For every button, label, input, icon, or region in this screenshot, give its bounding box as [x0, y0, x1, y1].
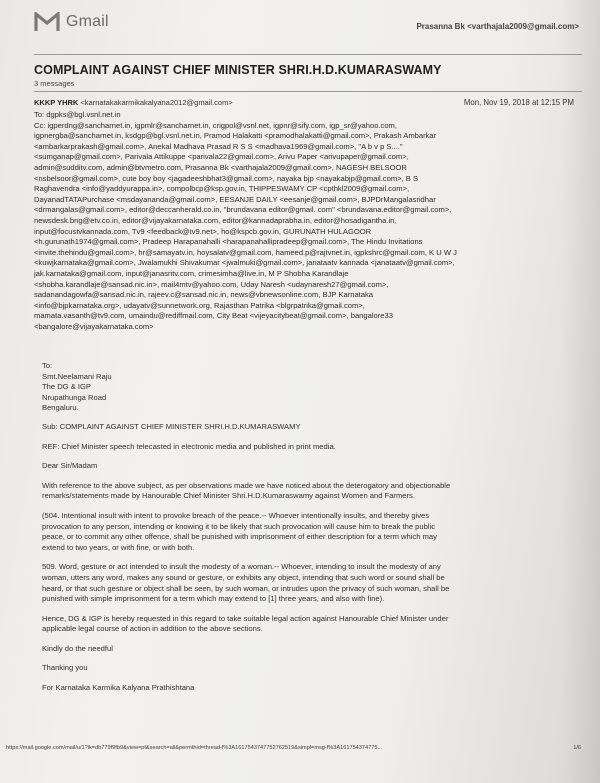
request-paragraph: Hence, DG & IGP is hereby requested in t… [42, 614, 562, 635]
cc-line: sadanandagowfa@sansad.nic.in, rajeev.c@s… [34, 290, 582, 301]
letter-subject: Sub: COMPLAINT AGAINST CHIEF MINISTER SH… [42, 422, 562, 433]
address-line: Bengaluru. [42, 403, 562, 414]
message-body: To:Smt.Neelamani RajuThe DG & IGPNrupath… [42, 361, 562, 694]
cc-line: mamata.vasanth@tv9.com, umaindu@rediffma… [34, 311, 582, 322]
section-504-line: (504. Intentional insult with intent to … [42, 511, 562, 522]
intro-paragraph: With reference to the above subject, as … [42, 481, 562, 502]
letter-reference: REF: Chief Minister speech telecasted in… [42, 442, 562, 453]
cc-line: Raghavendra <info@yaddyurappa.in>, compo… [34, 184, 582, 195]
salutation: Dear Sir/Madam [42, 461, 562, 472]
address-line: To: [42, 361, 562, 372]
closing-request: Kindly do the needful [42, 644, 562, 655]
cc-line: admin@sudditv.com, admin@btvmetro.com, P… [34, 163, 582, 174]
subject-divider [34, 91, 582, 92]
message-count: 3 messages [34, 79, 74, 88]
recipients-block: To: dgpks@bgl.vsnl.net.in Cc: igperdng@s… [34, 110, 582, 332]
printed-email-page: Gmail Prasanna Bk <varthajala2009@gmail.… [0, 0, 600, 783]
cc-line: Cc: igperdng@sancharnet.in, igpmlr@sanch… [34, 121, 582, 132]
signature-text: For Karnataka Karmika Kalyana Prathishta… [42, 683, 562, 694]
message-date: Mon, Nov 19, 2018 at 12:15 PM [464, 98, 574, 107]
cc-line: <bangalore@vijayakarnataka.com> [34, 322, 582, 333]
section-509-line: punished with simple imprisonment for a … [42, 594, 562, 605]
cc-list: Cc: igperdng@sancharnet.in, igpmlr@sanch… [34, 121, 582, 333]
cc-line: <ambarkarprakash@gmail.com>, Anekal Madh… [34, 142, 582, 153]
sender-name: KKKP YHRK [34, 98, 78, 107]
cc-line: <drmangalas@gmail.com>, editor@deccanher… [34, 205, 582, 216]
section-509-line: 509. Word, gesture or act intended to in… [42, 562, 562, 573]
thread-subject: COMPLAINT AGAINST CHIEF MINISTER SHRI.H.… [34, 63, 442, 77]
cc-line: <h.gurunath1974@gmail.com>, Pradeep Hara… [34, 237, 582, 248]
address-line: Smt.Neelamani Raju [42, 372, 562, 383]
request-line: Hence, DG & IGP is hereby requested in t… [42, 614, 562, 625]
section-504-paragraph: (504. Intentional insult with intent to … [42, 511, 562, 553]
salutation-text: Dear Sir/Madam [42, 461, 562, 472]
to-line: To: dgpks@bgl.vsnl.net.in [34, 110, 582, 121]
gmail-m-icon [34, 12, 60, 32]
cc-line: <invite.thehindu@gmail.com>, hr@samayatv… [34, 248, 582, 259]
cc-line: jak.karnataka@gmail.com, input@janasritv… [34, 269, 582, 280]
section-509-paragraph: 509. Word, gesture or act intended to in… [42, 562, 562, 604]
address-line: The DG & IGP [42, 382, 562, 393]
cc-line: <info@bjpkarnataka.org>, udayatv@sunnetw… [34, 301, 582, 312]
address-line: Nrupathunga Road [42, 393, 562, 404]
request-line: applicable legal course of action in add… [42, 624, 562, 635]
gmail-header: Gmail Prasanna Bk <varthajala2009@gmail.… [34, 12, 584, 42]
header-divider [34, 54, 582, 55]
account-identity: Prasanna Bk <varthajala2009@gmail.com> [416, 22, 579, 31]
cc-line: DayanadTATAPurchase <msdayananda@gmail.c… [34, 195, 582, 206]
cc-line: <sumganap@gmail.com>, Parivala Attikuppe… [34, 152, 582, 163]
cc-line: <shobha.karandlaje@sansad.nic.in>, mail4… [34, 280, 582, 291]
print-url[interactable]: https://mail.google.com/mail/u/1?ik=db77… [6, 745, 382, 751]
section-509-line: heard, or that such gesture or object sh… [42, 584, 562, 595]
closing-thanks: Thanking you [42, 663, 562, 674]
print-footer: https://mail.google.com/mail/u/1?ik=db77… [6, 745, 581, 751]
letter-reference-text: REF: Chief Minister speech telecasted in… [42, 442, 562, 453]
gmail-wordmark: Gmail [66, 13, 109, 31]
section-504-line: peace, or to commit any other offence, s… [42, 532, 562, 543]
cc-line: newsdesk.bng@etv.co.in, editor@vijayakar… [34, 216, 582, 227]
letter-subject-text: Sub: COMPLAINT AGAINST CHIEF MINISTER SH… [42, 422, 562, 433]
sender-email: <karnatakakarmikakalyana2012@gmail.com> [80, 98, 232, 107]
cc-line: <kuwjkarnataka@gmail.com>, Jwalamukhi Sh… [34, 258, 582, 269]
section-504-line: provocation to any person, intending or … [42, 522, 562, 533]
intro-line: With reference to the above subject, as … [42, 481, 562, 492]
closing-thanks-text: Thanking you [42, 663, 562, 674]
cc-line: input@focustvkannada.com, Tv9 <feedback@… [34, 227, 582, 238]
gmail-logo[interactable]: Gmail [34, 12, 109, 32]
page-number: 1/6 [573, 745, 581, 751]
message-header: KKKP YHRK <karnatakakarmikakalyana2012@g… [34, 98, 582, 107]
recipient-address: To:Smt.Neelamani RajuThe DG & IGPNrupath… [42, 361, 562, 414]
section-504-line: extend to two years, or with fine, or wi… [42, 543, 562, 554]
cc-line: igpnergba@sancharnet.in, ksdgp@bgl.vsnl.… [34, 131, 582, 142]
intro-line: remarks/statements made by Hanourable Ch… [42, 491, 562, 502]
closing-request-text: Kindly do the needful [42, 644, 562, 655]
cc-line: <nsbelsoor@gmail.com>, cute boy boy <jag… [34, 174, 582, 185]
signature: For Karnataka Karmika Kalyana Prathishta… [42, 683, 562, 694]
section-509-line: woman, utters any word, makes any sound … [42, 573, 562, 584]
